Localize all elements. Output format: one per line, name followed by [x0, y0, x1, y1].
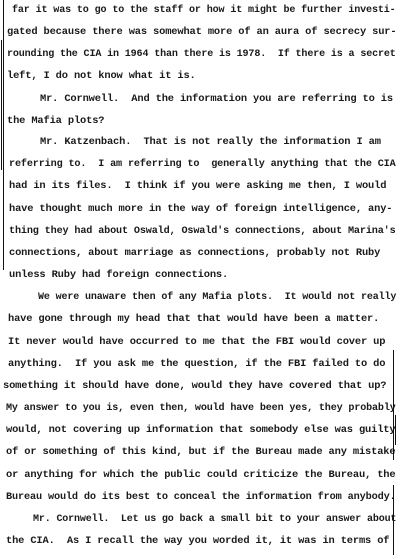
transcript-line: thing they had about Oswald, Oswald's co…: [9, 225, 396, 237]
left-margin-rule: [3, 0, 4, 270]
left-margin-rule: [1, 40, 2, 170]
transcript-line: Bureau would do its best to conceal the …: [6, 491, 396, 503]
transcript-line: left, I do not know what it is.: [7, 70, 196, 82]
transcript-line: the Mafia plots?: [7, 115, 104, 127]
transcript-line: Mr. Katzenbach. That is not really the i…: [40, 136, 381, 148]
transcript-line: gated because there was somewhat more of…: [7, 26, 396, 38]
transcript-line: of or something of this kind, but if the…: [6, 446, 395, 458]
transcript-line: connections, about marriage as connectio…: [9, 247, 380, 259]
right-margin-rule: [395, 415, 396, 445]
transcript-line: the CIA. As I recall the way you worded …: [6, 535, 389, 547]
transcript-line: have gone through my head that that woul…: [8, 313, 379, 325]
transcript-line: unless Ruby had foreign connections.: [9, 269, 228, 281]
transcript-line: had in its files. I think if you were as…: [9, 180, 386, 192]
transcript-line: rounding the CIA in 1964 than there is 1…: [7, 48, 396, 60]
transcript-line: would, not covering up information that …: [6, 424, 395, 436]
transcript-line: Mr. Cornwell. Let us go back a small bit…: [33, 513, 396, 525]
transcript-line: My answer to you is, even then, would ha…: [6, 402, 396, 414]
right-margin-rule: [393, 350, 394, 460]
transcript-line: It never would have occurred to me that …: [8, 336, 385, 348]
transcript-line: or anything for which the public could c…: [6, 469, 395, 481]
transcript-line: Mr. Cornwell. And the information you ar…: [40, 93, 393, 105]
transcript-line: something it should have done, would the…: [3, 380, 386, 392]
transcript-line: have thought much more in the way of for…: [9, 203, 392, 215]
transcript-line: We were unaware then of any Mafia plots.…: [38, 291, 396, 303]
transcript-line: anything. If you ask me the question, if…: [8, 358, 385, 370]
right-margin-rule: [393, 485, 394, 555]
transcript-line: far it was to go to the staff or how it …: [12, 4, 396, 16]
transcript-page: far it was to go to the staff or how it …: [0, 0, 398, 556]
transcript-line: referring to. I am referring to generall…: [9, 158, 396, 170]
